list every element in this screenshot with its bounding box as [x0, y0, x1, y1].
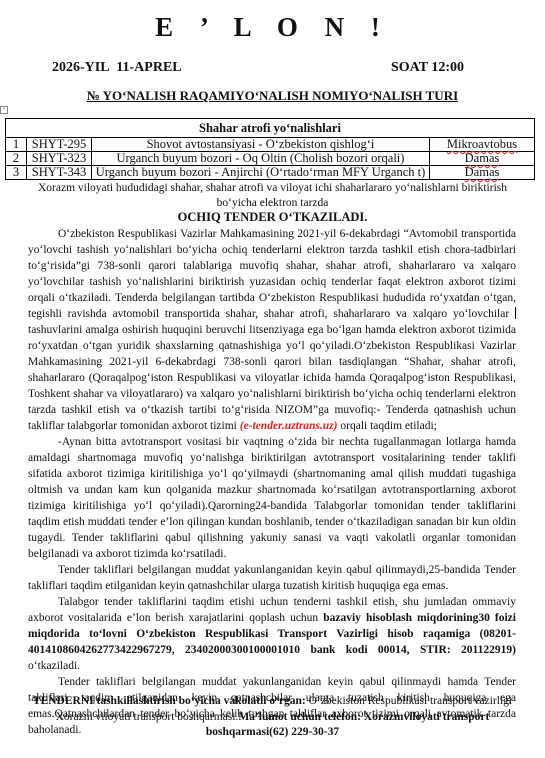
intro-line-1: Xorazm viloyati hududidagi shahar, shaha… — [0, 181, 545, 196]
footer-line-2: Xorazm viloyati transport boshqarmasi.Ma… — [0, 710, 545, 725]
paragraph-3: Tender takliflari belgilangan muddat yak… — [28, 562, 516, 594]
table-row: 2 SHYT-323 Urganch buyum bozori - Oq Olt… — [6, 152, 535, 166]
route-type: Damas — [430, 166, 535, 180]
announcement-date: 2026-YIL 11-APREL — [52, 60, 182, 76]
route-code: SHYT-295 — [27, 138, 92, 152]
route-type-text: Mikroavtobus — [447, 137, 517, 151]
paragraph-1-text-a: O‘zbekiston Respublikasi Vazirlar Mahkam… — [28, 228, 516, 320]
organizer-value: O‘zbekiston Respublikasi transport vazir… — [306, 695, 512, 707]
route-name: Urganch buyum bozori - Oq Oltin (Cholish… — [92, 152, 430, 166]
route-number: 2 — [6, 152, 27, 166]
columns-caption: № YO‘NALISH RAQAMIYO‘NALISH NOMIYO‘NALIS… — [0, 88, 545, 104]
body-text: O‘zbekiston Respublikasi Vazirlar Mahkam… — [28, 226, 516, 738]
text-cursor — [515, 307, 516, 319]
route-number: 1 — [6, 138, 27, 152]
route-name: Shovot avtostansiyasi - O‘zbekiston qish… — [92, 138, 430, 152]
paragraph-4-text-c: o‘tkaziladi. — [28, 660, 80, 672]
table-row: 3 SHYT-343 Urganch buyum bozori - Anjirc… — [6, 166, 535, 180]
announcement-title: E ’ L O N ! — [0, 12, 545, 43]
route-type: Damas — [430, 152, 535, 166]
route-number: 3 — [6, 166, 27, 180]
routes-group-title: Shahar atrofi yo‘nalishlari — [6, 119, 535, 138]
contact-phone: boshqarmasi(62) 229-30-37 — [0, 725, 545, 740]
intro-line-2: bo‘yicha elektron tarzda — [0, 196, 545, 211]
route-type-text: Damas — [465, 151, 500, 165]
paragraph-2: -Aynan bitta avtotransport vositasi bir … — [28, 434, 516, 562]
announcement-time: SOAT 12:00 — [391, 60, 464, 76]
route-type-text: Damas — [465, 165, 500, 179]
paragraph-1-text-b: tashuvlarini amalga oshirish huquqini be… — [28, 324, 516, 432]
organizer-label: TENDERNI tashkillashtirish bo‘yicha vako… — [33, 695, 306, 707]
organizer-department: Xorazm viloyati transport boshqarmasi. — [56, 711, 239, 723]
tender-website-link[interactable]: (e-tender.uztrans.uz) — [240, 420, 338, 432]
table-move-handle-icon[interactable]: + — [0, 106, 8, 114]
routes-table: Shahar atrofi yo‘nalishlari 1 SHYT-295 S… — [5, 118, 535, 180]
route-type: Mikroavtobus — [430, 138, 535, 152]
contact-label: Ma’lumot uchun telefon: Xorazmviloyati t… — [238, 711, 489, 723]
route-code: SHYT-343 — [27, 166, 92, 180]
paragraph-4: Talabgor tender takliflarini taqdim etis… — [28, 594, 516, 674]
route-code: SHYT-323 — [27, 152, 92, 166]
paragraph-1-text-c: orqali taqdim etiladi; — [338, 420, 437, 432]
tender-heading: OCHIQ TENDER O‘TKAZILADI. — [0, 210, 545, 225]
table-row: 1 SHYT-295 Shovot avtostansiyasi - O‘zbe… — [6, 138, 535, 152]
route-name: Urganch buyum bozori - Anjirchi (O‘rtado… — [92, 166, 430, 180]
paragraph-1: O‘zbekiston Respublikasi Vazirlar Mahkam… — [28, 226, 516, 434]
footer-line-1: TENDERNI tashkillashtirish bo‘yicha vako… — [0, 694, 545, 709]
